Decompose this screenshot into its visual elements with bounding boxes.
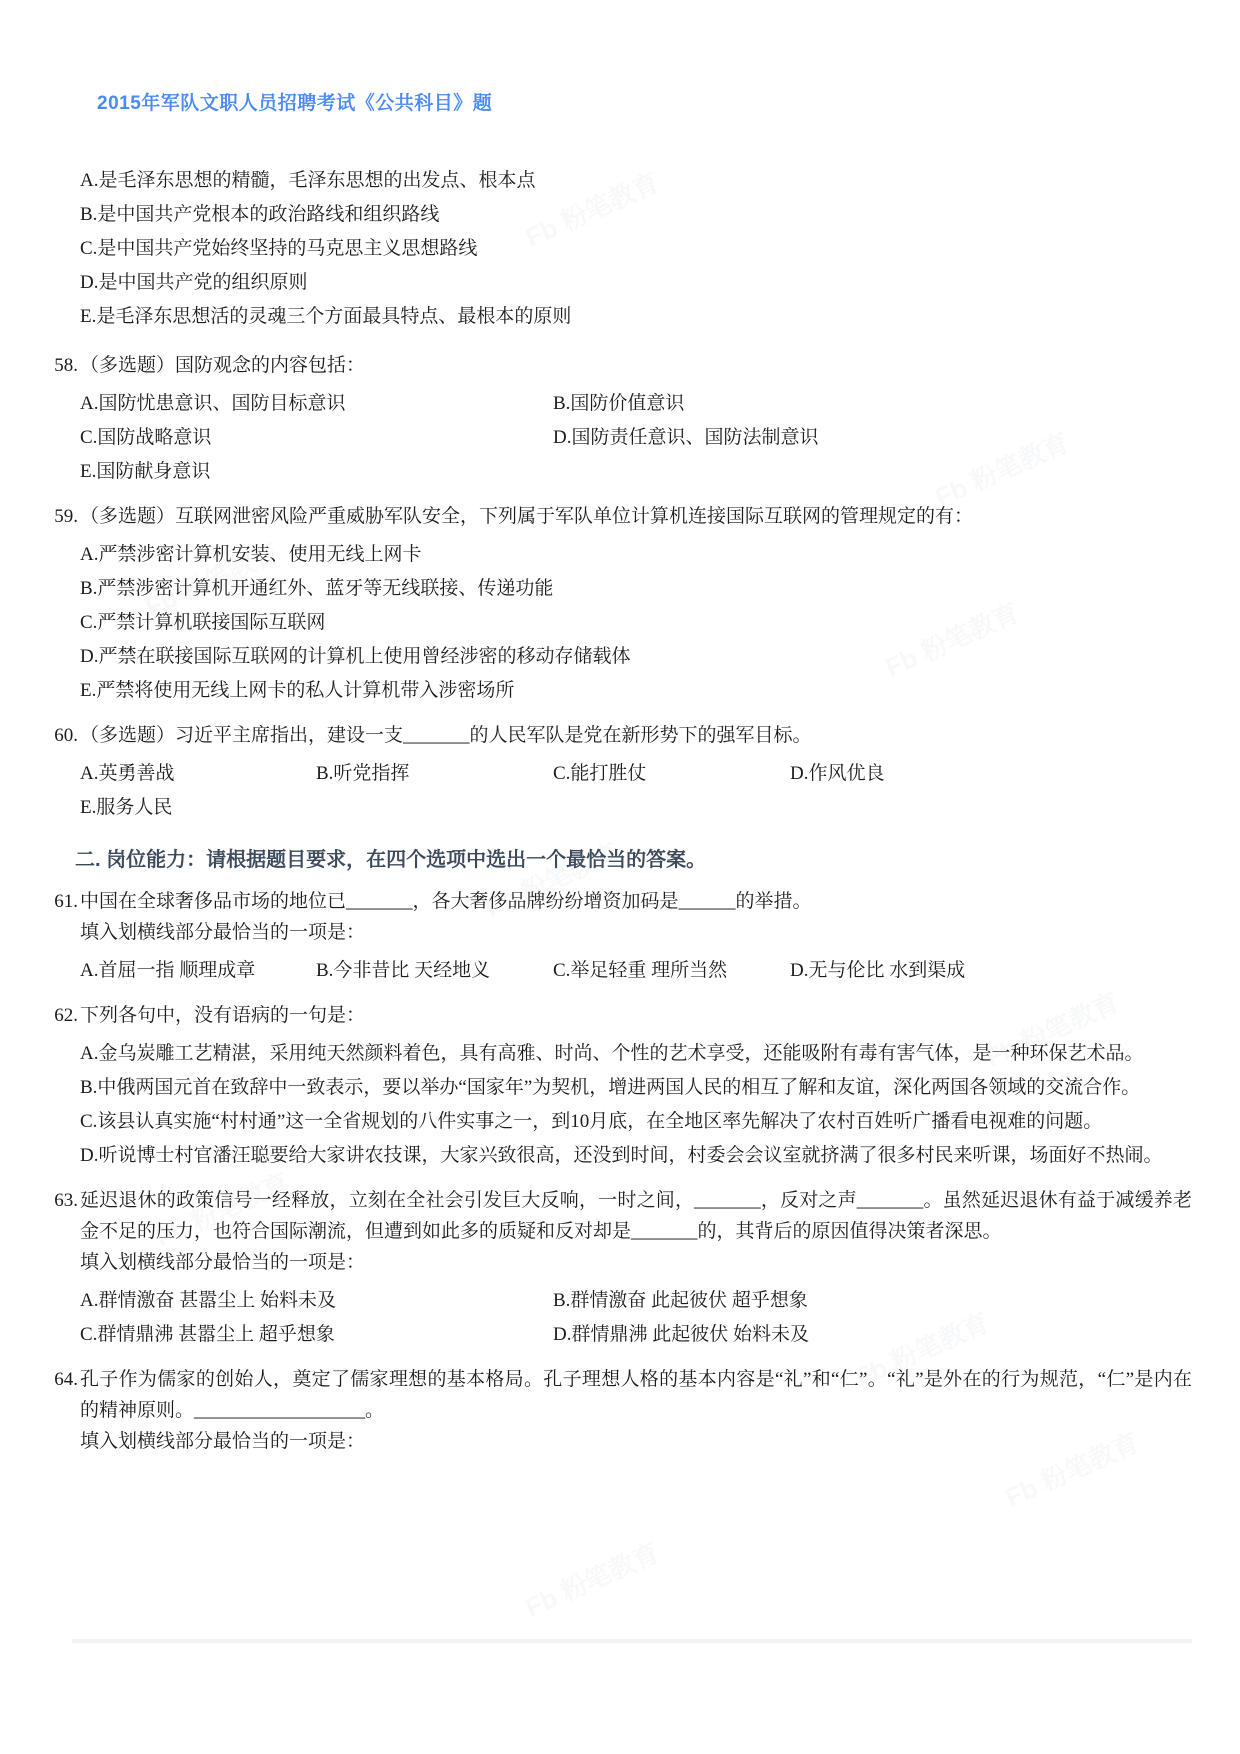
option-e: E.国防献身意识 xyxy=(80,456,553,487)
option-d: D.国防责任意识、国防法制意识 xyxy=(553,422,1192,453)
option-c: C.严禁计算机联接国际互联网 xyxy=(80,607,1192,638)
option-a: A.是毛泽东思想的精髓，毛泽东思想的出发点、根本点 xyxy=(80,165,1192,196)
option-e: E.严禁将使用无线上网卡的私人计算机带入涉密场所 xyxy=(80,675,1192,706)
document-content: A.是毛泽东思想的精髓，毛泽东思想的出发点、根本点B.是中国共产党根本的政治路线… xyxy=(0,165,1240,1457)
question-60: 60.（多选题）习近平主席指出，建设一支_______的人民军队是党在新形势下的… xyxy=(80,720,1192,823)
question-stem: （多选题）习近平主席指出，建设一支_______的人民军队是党在新形势下的强军目… xyxy=(80,720,1192,751)
option-a: A.严禁涉密计算机安装、使用无线上网卡 xyxy=(80,539,1192,570)
options-group-60: A.英勇善战B.听党指挥C.能打胜仗D.作风优良E.服务人民 xyxy=(80,758,1192,823)
question-stem: 延迟退休的政策信号一经释放，立刻在全社会引发巨大反响，一时之间，_______，… xyxy=(80,1185,1192,1247)
question-number-59: 59. xyxy=(54,501,80,532)
question-63: 63.延迟退休的政策信号一经释放，立刻在全社会引发巨大反响，一时之间，_____… xyxy=(80,1185,1192,1350)
option-d: D.作风优良 xyxy=(790,758,1192,789)
question-stem: 填入划横线部分最恰当的一项是： xyxy=(80,1426,1192,1457)
question-number-63: 63. xyxy=(54,1185,80,1216)
option-a: A.金乌炭雕工艺精湛，采用纯天然颜料着色，具有高雅、时尚、个性的艺术享受，还能吸… xyxy=(80,1038,1192,1069)
question-61: 61.中国在全球奢侈品市场的地位已_______，各大奢侈品牌纷纷增资加码是__… xyxy=(80,886,1192,986)
page-title: 2015年军队文职人员招聘考试《公共科目》题 xyxy=(97,88,1192,115)
question-number-64: 64. xyxy=(54,1364,80,1395)
question-58: 58.（多选题）国防观念的内容包括：A.国防忧患意识、国防目标意识B.国防价值意… xyxy=(80,350,1192,487)
option-a: A.英勇善战 xyxy=(80,758,316,789)
option-d: D.是中国共产党的组织原则 xyxy=(80,267,1192,298)
footer-divider xyxy=(72,1639,1192,1643)
question-number-60: 60. xyxy=(54,720,80,751)
option-c: C.该县认真实施“村村通”这一全省规划的八件实事之一，到10月底，在全地区率先解… xyxy=(80,1106,1192,1137)
question-stem: 下列各句中，没有语病的一句是： xyxy=(80,1000,1192,1031)
question-64: 64.孔子作为儒家的创始人，奠定了儒家理想的基本格局。孔子理想人格的基本内容是“… xyxy=(80,1364,1192,1457)
question-stem: （多选题）互联网泄密风险严重威胁军队安全，下列属于军队单位计算机连接国际互联网的… xyxy=(80,501,1192,532)
watermark-text: Fb 粉笔教育 xyxy=(519,1533,665,1625)
section-header: 二. 岗位能力：请根据题目要求，在四个选项中选出一个最恰当的答案。 xyxy=(75,843,1192,872)
options-group: A.是毛泽东思想的精髓，毛泽东思想的出发点、根本点B.是中国共产党根本的政治路线… xyxy=(80,165,1192,332)
option-b: B.听党指挥 xyxy=(316,758,553,789)
option-a: A.群情激奋 甚嚣尘上 始料未及 xyxy=(80,1285,553,1316)
exam-document-page: 2015年军队文职人员招聘考试《公共科目》题 A.是毛泽东思想的精髓，毛泽东思想… xyxy=(0,0,1240,1754)
option-e: E.是毛泽东思想活的灵魂三个方面最具特点、最根本的原则 xyxy=(80,301,1192,332)
options-group-59: A.严禁涉密计算机安装、使用无线上网卡B.严禁涉密计算机开通红外、蓝牙等无线联接… xyxy=(80,539,1192,706)
option-d: D.群情鼎沸 此起彼伏 始料未及 xyxy=(553,1319,1192,1350)
question-stem: 填入划横线部分最恰当的一项是： xyxy=(80,1247,1192,1278)
question-stem: 孔子作为儒家的创始人，奠定了儒家理想的基本格局。孔子理想人格的基本内容是“礼”和… xyxy=(80,1364,1192,1426)
option-b: B.今非昔比 天经地义 xyxy=(316,955,553,986)
option-b: B.严禁涉密计算机开通红外、蓝牙等无线联接、传递功能 xyxy=(80,573,1192,604)
options-group-63: A.群情激奋 甚嚣尘上 始料未及B.群情激奋 此起彼伏 超乎想象C.群情鼎沸 甚… xyxy=(80,1285,1192,1350)
options-continuation: A.是毛泽东思想的精髓，毛泽东思想的出发点、根本点B.是中国共产党根本的政治路线… xyxy=(80,165,1192,332)
option-c: C.举足轻重 理所当然 xyxy=(553,955,790,986)
option-c: C.群情鼎沸 甚嚣尘上 超乎想象 xyxy=(80,1319,553,1350)
question-stem: （多选题）国防观念的内容包括： xyxy=(80,350,1192,381)
option-a: A.首屈一指 顺理成章 xyxy=(80,955,316,986)
option-b: B.群情激奋 此起彼伏 超乎想象 xyxy=(553,1285,1192,1316)
question-number-58: 58. xyxy=(54,350,80,381)
question-number-61: 61. xyxy=(54,886,80,917)
options-group-61: A.首屈一指 顺理成章B.今非昔比 天经地义C.举足轻重 理所当然D.无与伦比 … xyxy=(80,955,1192,986)
option-c: C.能打胜仗 xyxy=(553,758,790,789)
option-a: A.国防忧患意识、国防目标意识 xyxy=(80,388,553,419)
option-d: D.听说博士村官潘汪聪要给大家讲农技课，大家兴致很高，还没到时间，村委会会议室就… xyxy=(80,1140,1192,1171)
option-c: C.是中国共产党始终坚持的马克思主义思想路线 xyxy=(80,233,1192,264)
option-d: D.无与伦比 水到渠成 xyxy=(790,955,1192,986)
question-stem: 填入划横线部分最恰当的一项是： xyxy=(80,917,1192,948)
question-59: 59.（多选题）互联网泄密风险严重威胁军队安全，下列属于军队单位计算机连接国际互… xyxy=(80,501,1192,706)
option-b: B.是中国共产党根本的政治路线和组织路线 xyxy=(80,199,1192,230)
option-d: D.严禁在联接国际互联网的计算机上使用曾经涉密的移动存储载体 xyxy=(80,641,1192,672)
option-e: E.服务人民 xyxy=(80,792,316,823)
option-c: C.国防战略意识 xyxy=(80,422,553,453)
option-b: B.国防价值意识 xyxy=(553,388,1192,419)
options-group-62: A.金乌炭雕工艺精湛，采用纯天然颜料着色，具有高雅、时尚、个性的艺术享受，还能吸… xyxy=(80,1038,1192,1171)
question-number-62: 62. xyxy=(54,1000,80,1031)
option-b: B.中俄两国元首在致辞中一致表示，要以举办“国家年”为契机，增进两国人民的相互了… xyxy=(80,1072,1192,1103)
question-stem: 中国在全球奢侈品市场的地位已_______，各大奢侈品牌纷纷增资加码是_____… xyxy=(80,886,1192,917)
question-62: 62.下列各句中，没有语病的一句是：A.金乌炭雕工艺精湛，采用纯天然颜料着色，具… xyxy=(80,1000,1192,1171)
options-group-58: A.国防忧患意识、国防目标意识B.国防价值意识C.国防战略意识D.国防责任意识、… xyxy=(80,388,1192,487)
